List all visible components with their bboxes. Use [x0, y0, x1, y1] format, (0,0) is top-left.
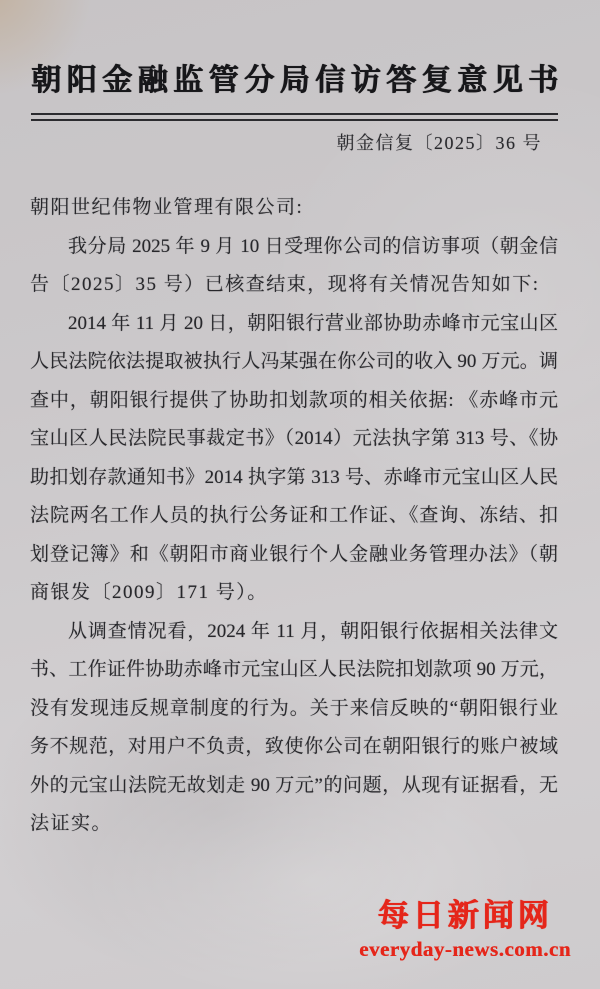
document-line: 划登记簿》和《朝阳市商业银行个人金融业务管理办法》（朝 — [30, 536, 558, 575]
document-line: 商银发〔2009〕171 号）。 — [30, 574, 558, 613]
document-line: 查中，朝阳银行提供了协助扣划款项的相关依据: 《赤峰市元 — [30, 382, 558, 421]
document-line: 务不规范，对用户不负责，致使你公司在朝阳银行的账户被域 — [30, 728, 558, 767]
document-line: 外的元宝山法院无故划走 90 万元”的问题，从现有证据看，无 — [30, 767, 558, 806]
news-watermark: 每日新闻网 everyday-news.com.cn — [338, 896, 592, 961]
document-body: 朝阳世纪伟物业管理有限公司:我分局 2025 年 9 月 10 日受理你公司的信… — [30, 189, 558, 844]
document-photo: 朝阳金融监管分局信访答复意见书 朝金信复〔2025〕36 号 朝阳世纪伟物业管理… — [0, 0, 600, 989]
document-line: 没有发现违反规章制度的行为。关于来信反映的“朝阳银行业 — [30, 690, 558, 729]
document-line: 书、工作证件协助赤峰市元宝山区人民法院扣划款项 90 万元， — [30, 651, 558, 690]
doc-number: 朝金信复〔2025〕36 号 — [30, 129, 542, 155]
document-line: 法证实。 — [30, 805, 558, 844]
document-line: 从调查情况看，2024 年 11 月，朝阳银行依据相关法律文 — [30, 613, 558, 652]
document-line: 告〔2025〕35 号）已核查结束，现将有关情况告知如下: — [30, 266, 558, 305]
site-url-text: everyday-news.com.cn — [338, 937, 592, 961]
document-title: 朝阳金融监管分局信访答复意见书 — [31, 58, 558, 104]
site-name-text: 每日新闻网 — [338, 896, 592, 936]
title-divider — [31, 113, 558, 121]
document-line: 法院两名工作人员的执行公务证和工作证、《查询、冻结、扣 — [30, 497, 558, 536]
document-line: 2014 年 11 月 20 日，朝阳银行营业部协助赤峰市元宝山区 — [30, 305, 558, 344]
document-line: 我分局 2025 年 9 月 10 日受理你公司的信访事项（朝金信 — [30, 228, 558, 267]
document-line: 朝阳世纪伟物业管理有限公司: — [30, 189, 558, 228]
document-line: 人民法院依法提取被执行人冯某强在你公司的收入 90 万元。调 — [30, 343, 558, 382]
document-line: 助扣划存款通知书》2014 执字第 313 号、赤峰市元宝山区人民 — [30, 459, 558, 498]
document-line: 宝山区人民法院民事裁定书》（2014）元法执字第 313 号、《协 — [30, 420, 558, 459]
